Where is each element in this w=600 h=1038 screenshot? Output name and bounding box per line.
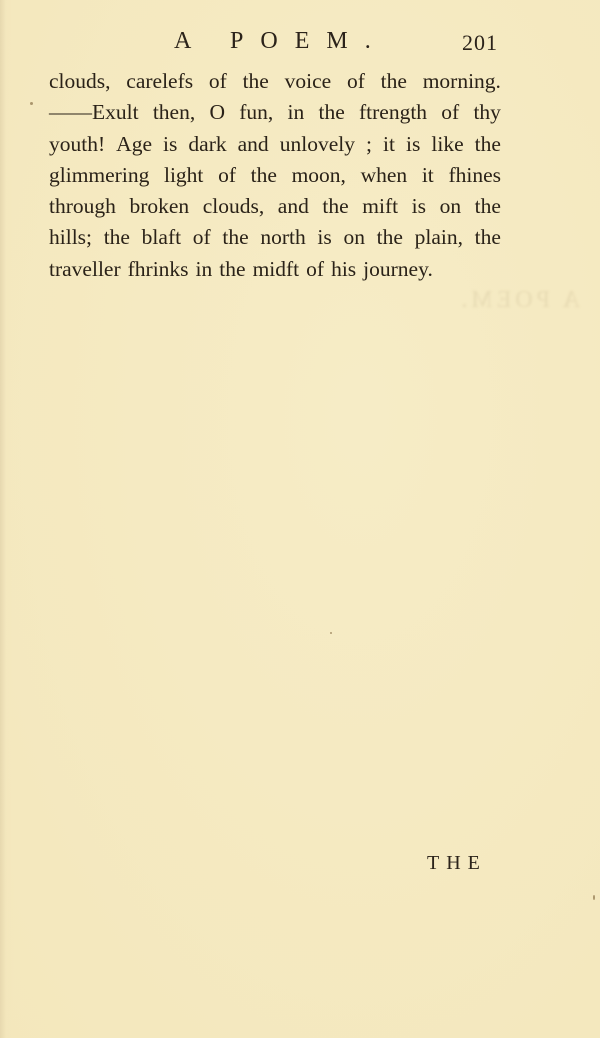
word: mift <box>362 191 398 222</box>
word: through <box>49 191 116 222</box>
word: it <box>383 129 395 160</box>
text-line-5: throughbrokenclouds,andthemiftisonthe <box>49 191 501 222</box>
word: is <box>412 191 426 222</box>
word: dark <box>188 129 226 160</box>
paper-speck <box>330 632 332 634</box>
word: in <box>196 254 213 285</box>
word: of <box>306 254 324 285</box>
word: ——Exult <box>49 97 139 128</box>
word: plain, <box>415 222 463 253</box>
word: morning. <box>423 66 501 97</box>
word: and <box>278 191 309 222</box>
word: on <box>343 222 365 253</box>
word: the <box>475 191 501 222</box>
word: like <box>431 129 463 160</box>
word: is <box>163 129 177 160</box>
bleed-through-text: A POEM. <box>200 285 580 315</box>
page-header: A POEM. 201 <box>0 28 600 62</box>
page-number: 201 <box>462 30 498 56</box>
word: carelefs <box>126 66 193 97</box>
word: is <box>406 129 420 160</box>
word: fun, <box>239 97 273 128</box>
word: O <box>209 97 225 128</box>
text-line-1: clouds,carelefsofthevoiceofthemorning. <box>49 66 501 97</box>
word: is <box>317 222 331 253</box>
word: of <box>218 160 236 191</box>
word: the <box>475 129 501 160</box>
running-head: A POEM. <box>174 28 388 55</box>
word: glimmering <box>49 160 149 191</box>
paper-speck <box>593 895 595 900</box>
word: the <box>251 160 277 191</box>
text-line-3: youth!Ageisdarkandunlovely;itislikethe <box>49 129 501 160</box>
catchword: THE <box>427 852 487 875</box>
text-line-7: travellerfhrinksinthemidftofhisjourney. <box>49 254 501 285</box>
word: on <box>440 191 462 222</box>
word: of <box>347 66 365 97</box>
text-line-4: glimmeringlightofthemoon,whenitfhines <box>49 160 501 191</box>
word: the <box>219 254 245 285</box>
word: Age <box>116 129 152 160</box>
word: blaft <box>142 222 181 253</box>
paper-speck <box>30 102 33 105</box>
text-line-2: ——Exultthen,Ofun,intheftrengthofthy <box>49 97 501 128</box>
word: of <box>441 97 459 128</box>
word: it <box>422 160 434 191</box>
word: fhines <box>448 160 501 191</box>
word: clouds, <box>49 66 111 97</box>
word: north <box>260 222 305 253</box>
word: unlovely <box>280 129 355 160</box>
word: fhrinks <box>128 254 189 285</box>
word: hills; <box>49 222 92 253</box>
word: clouds, <box>203 191 265 222</box>
text-line-6: hills;theblaftofthenorthisontheplain,the <box>49 222 501 253</box>
word: in <box>288 97 305 128</box>
word: moon, <box>292 160 346 191</box>
word: the <box>318 97 344 128</box>
word: broken <box>129 191 189 222</box>
word: the <box>322 191 348 222</box>
word: youth! <box>49 129 105 160</box>
word: ftrength <box>359 97 427 128</box>
word: thy <box>473 97 500 128</box>
body-text: clouds,carelefsofthevoiceofthemorning. —… <box>49 66 501 285</box>
word: the <box>377 222 403 253</box>
word: the <box>104 222 130 253</box>
word: light <box>164 160 203 191</box>
word: and <box>238 129 269 160</box>
word: the <box>222 222 248 253</box>
word: his <box>331 254 356 285</box>
word: of <box>193 222 211 253</box>
word: traveller <box>49 254 121 285</box>
word: the <box>381 66 407 97</box>
word: voice <box>285 66 332 97</box>
word: the <box>475 222 501 253</box>
word: journey. <box>363 254 433 285</box>
word: the <box>243 66 269 97</box>
word: of <box>209 66 227 97</box>
word: ; <box>366 129 372 160</box>
word: midft <box>253 254 300 285</box>
word: when <box>361 160 408 191</box>
word: then, <box>153 97 195 128</box>
